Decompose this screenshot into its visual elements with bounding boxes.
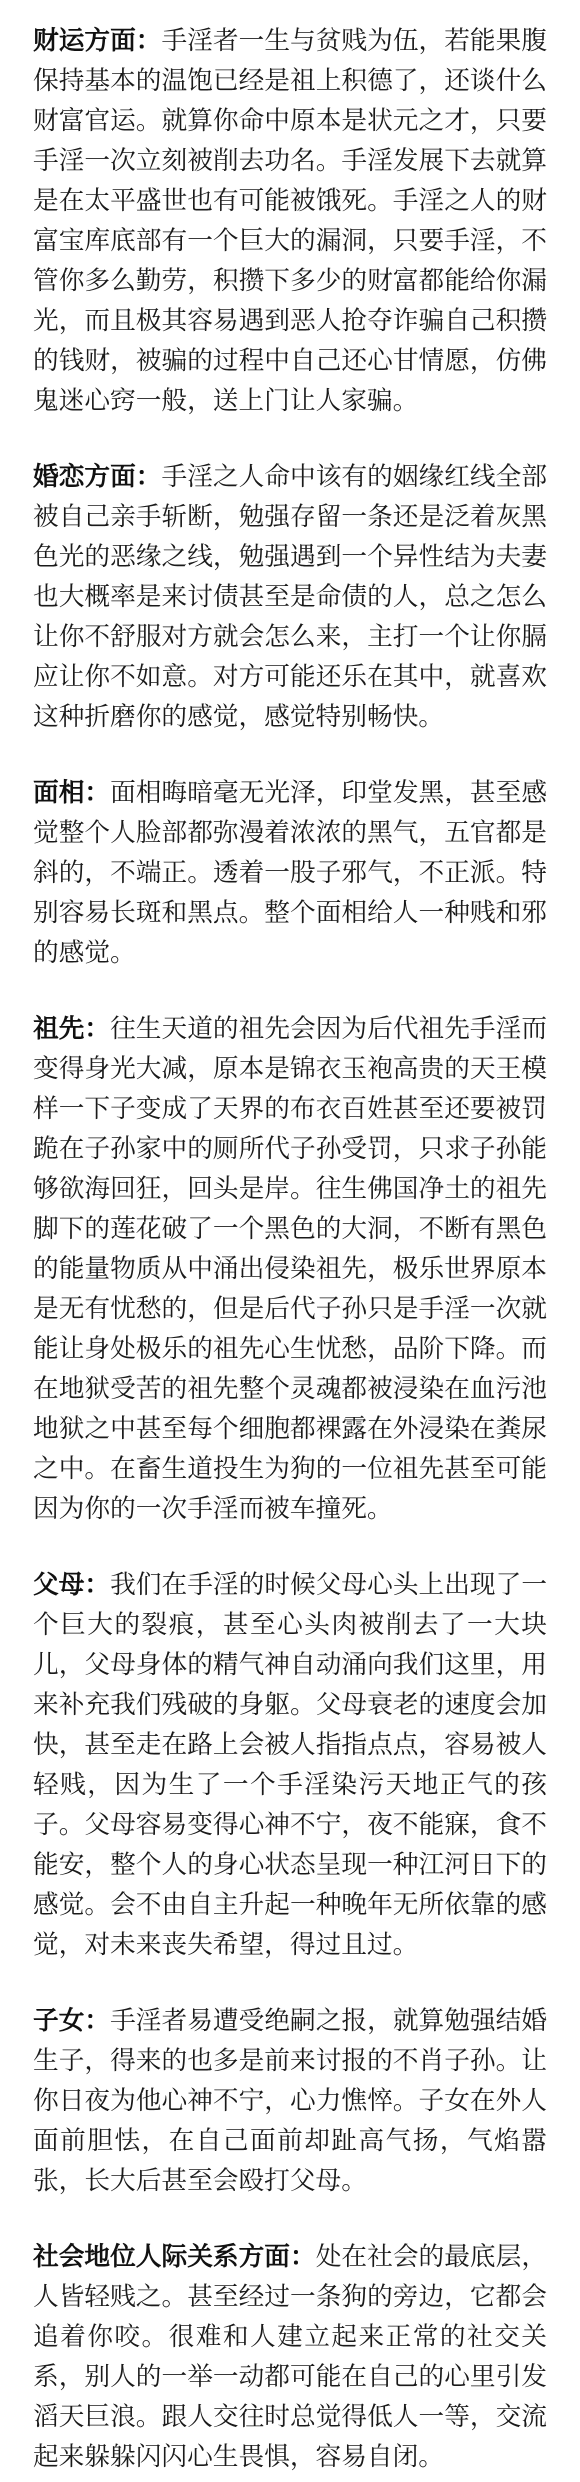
section-social: 社会地位人际关系方面：处在社会的最底层，人皆轻贱之。甚至经过一条狗的旁边，它都会… xyxy=(33,2237,547,2477)
section-wealth: 财运方面：手淫者一生与贫贱为伍，若能果腹保持基本的温饱已经是祖上积德了，还谈什么… xyxy=(33,21,547,421)
section-children-heading: 子女： xyxy=(33,2007,110,2035)
section-face: 面相：面相晦暗毫无光泽，印堂发黑，甚至感觉整个人脸部都弥漫着浓浓的黑气，五官都是… xyxy=(33,773,547,973)
section-face-text: 面相晦暗毫无光泽，印堂发黑，甚至感觉整个人脸部都弥漫着浓浓的黑气，五官都是斜的，… xyxy=(33,779,547,967)
section-social-heading: 社会地位人际关系方面： xyxy=(33,2243,316,2271)
section-parents: 父母：我们在手淫的时候父母心头上出现了一个巨大的裂痕，甚至心头肉被削去了一大块儿… xyxy=(33,1565,547,1965)
section-marriage: 婚恋方面：手淫之人命中该有的姻缘红线全部被自己亲手斩断，勉强存留一条还是泛着灰黑… xyxy=(33,457,547,737)
section-marriage-heading: 婚恋方面： xyxy=(33,463,162,491)
section-children: 子女：手淫者易遭受绝嗣之报，就算勉强结婚生子，得来的也多是前来讨报的不肖子孙。让… xyxy=(33,2001,547,2201)
section-marriage-text: 手淫之人命中该有的姻缘红线全部被自己亲手斩断，勉强存留一条还是泛着灰黑色光的恶缘… xyxy=(33,463,547,731)
section-parents-heading: 父母： xyxy=(33,1571,110,1599)
section-ancestors: 祖先：往生天道的祖先会因为后代祖先手淫而变得身光大减，原本是锦衣玉袍高贵的天王模… xyxy=(33,1009,547,1529)
section-social-text: 处在社会的最底层，人皆轻贱之。甚至经过一条狗的旁边，它都会追着你咬。很难和人建立… xyxy=(33,2243,547,2471)
section-ancestors-text: 往生天道的祖先会因为后代祖先手淫而变得身光大减，原本是锦衣玉袍高贵的天王模样一下… xyxy=(33,1015,547,1523)
section-wealth-heading: 财运方面： xyxy=(33,27,162,55)
section-wealth-text: 手淫者一生与贫贱为伍，若能果腹保持基本的温饱已经是祖上积德了，还谈什么财富官运。… xyxy=(33,27,547,415)
section-children-text: 手淫者易遭受绝嗣之报，就算勉强结婚生子，得来的也多是前来讨报的不肖子孙。让你日夜… xyxy=(33,2007,547,2195)
section-parents-text: 我们在手淫的时候父母心头上出现了一个巨大的裂痕，甚至心头肉被削去了一大块儿，父母… xyxy=(33,1571,547,1959)
section-ancestors-heading: 祖先： xyxy=(33,1015,110,1043)
article-body: 财运方面：手淫者一生与贫贱为伍，若能果腹保持基本的温饱已经是祖上积德了，还谈什么… xyxy=(0,0,580,2477)
section-face-heading: 面相： xyxy=(33,779,110,807)
